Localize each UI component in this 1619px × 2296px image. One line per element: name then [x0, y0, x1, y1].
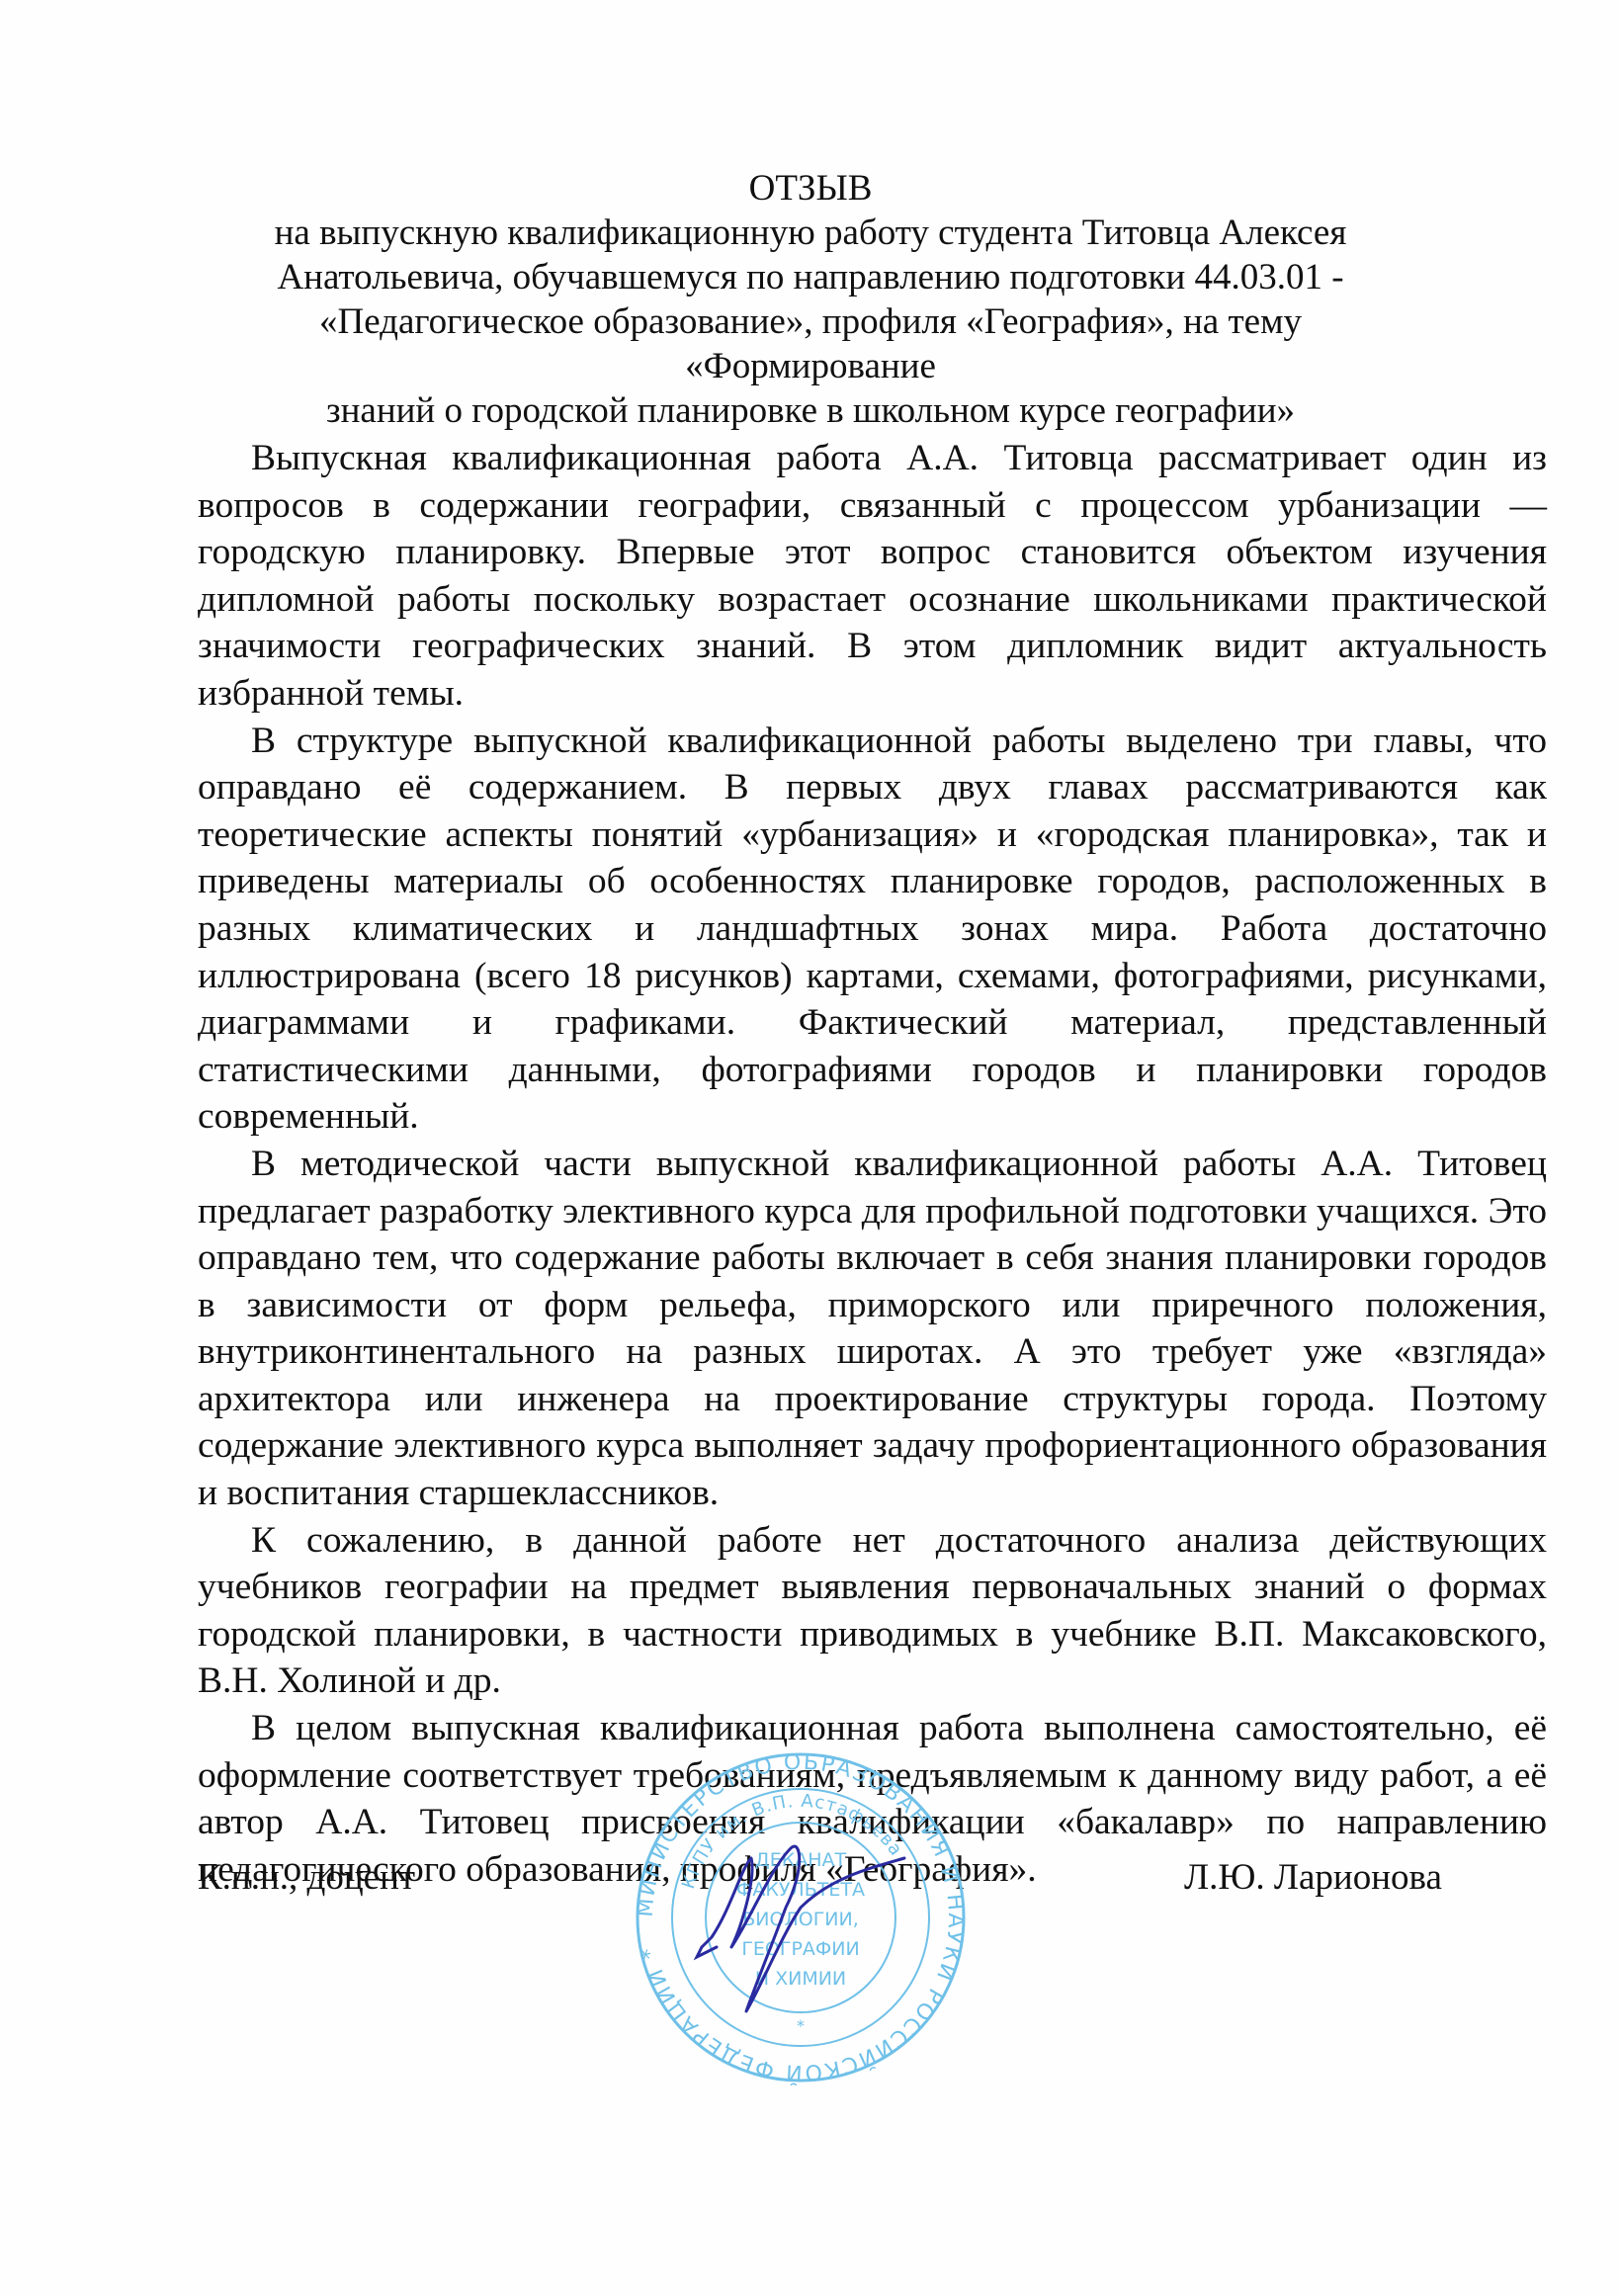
paragraph-shortcomings: К сожалению, в данной работе нет достато… [198, 1517, 1547, 1705]
subtitle-line: знаний о городской планировке в школьном… [198, 388, 1423, 433]
handwritten-signature-icon [682, 1799, 919, 2036]
paragraph-methodology: В методической части выпускной квалифика… [198, 1141, 1547, 1517]
paragraph-structure: В структуре выпускной квалификационной р… [198, 718, 1547, 1141]
subtitle-line: «Педагогическое образование», профиля «Г… [198, 299, 1423, 388]
signer-name: Л.Ю. Ларионова [1184, 1856, 1442, 1899]
subtitle-line: на выпускную квалификационную работу сту… [198, 211, 1423, 255]
document-header: ОТЗЫВ на выпускную квалификационную рабо… [198, 166, 1423, 433]
subtitle-line: Анатольевича, обучавшемуся по направлени… [198, 255, 1423, 299]
review-body: Выпускная квалификационная работа А.А. Т… [198, 435, 1547, 1893]
signature-block: К.п.н., доцент Л.Ю. Ларионова [198, 1856, 1552, 1915]
paragraph-relevance: Выпускная квалификационная работа А.А. Т… [198, 435, 1547, 718]
document-page: ОТЗЫВ на выпускную квалификационную рабо… [0, 0, 1619, 2296]
signer-position: К.п.н., доцент [198, 1856, 415, 1899]
document-title: ОТЗЫВ [198, 166, 1423, 211]
